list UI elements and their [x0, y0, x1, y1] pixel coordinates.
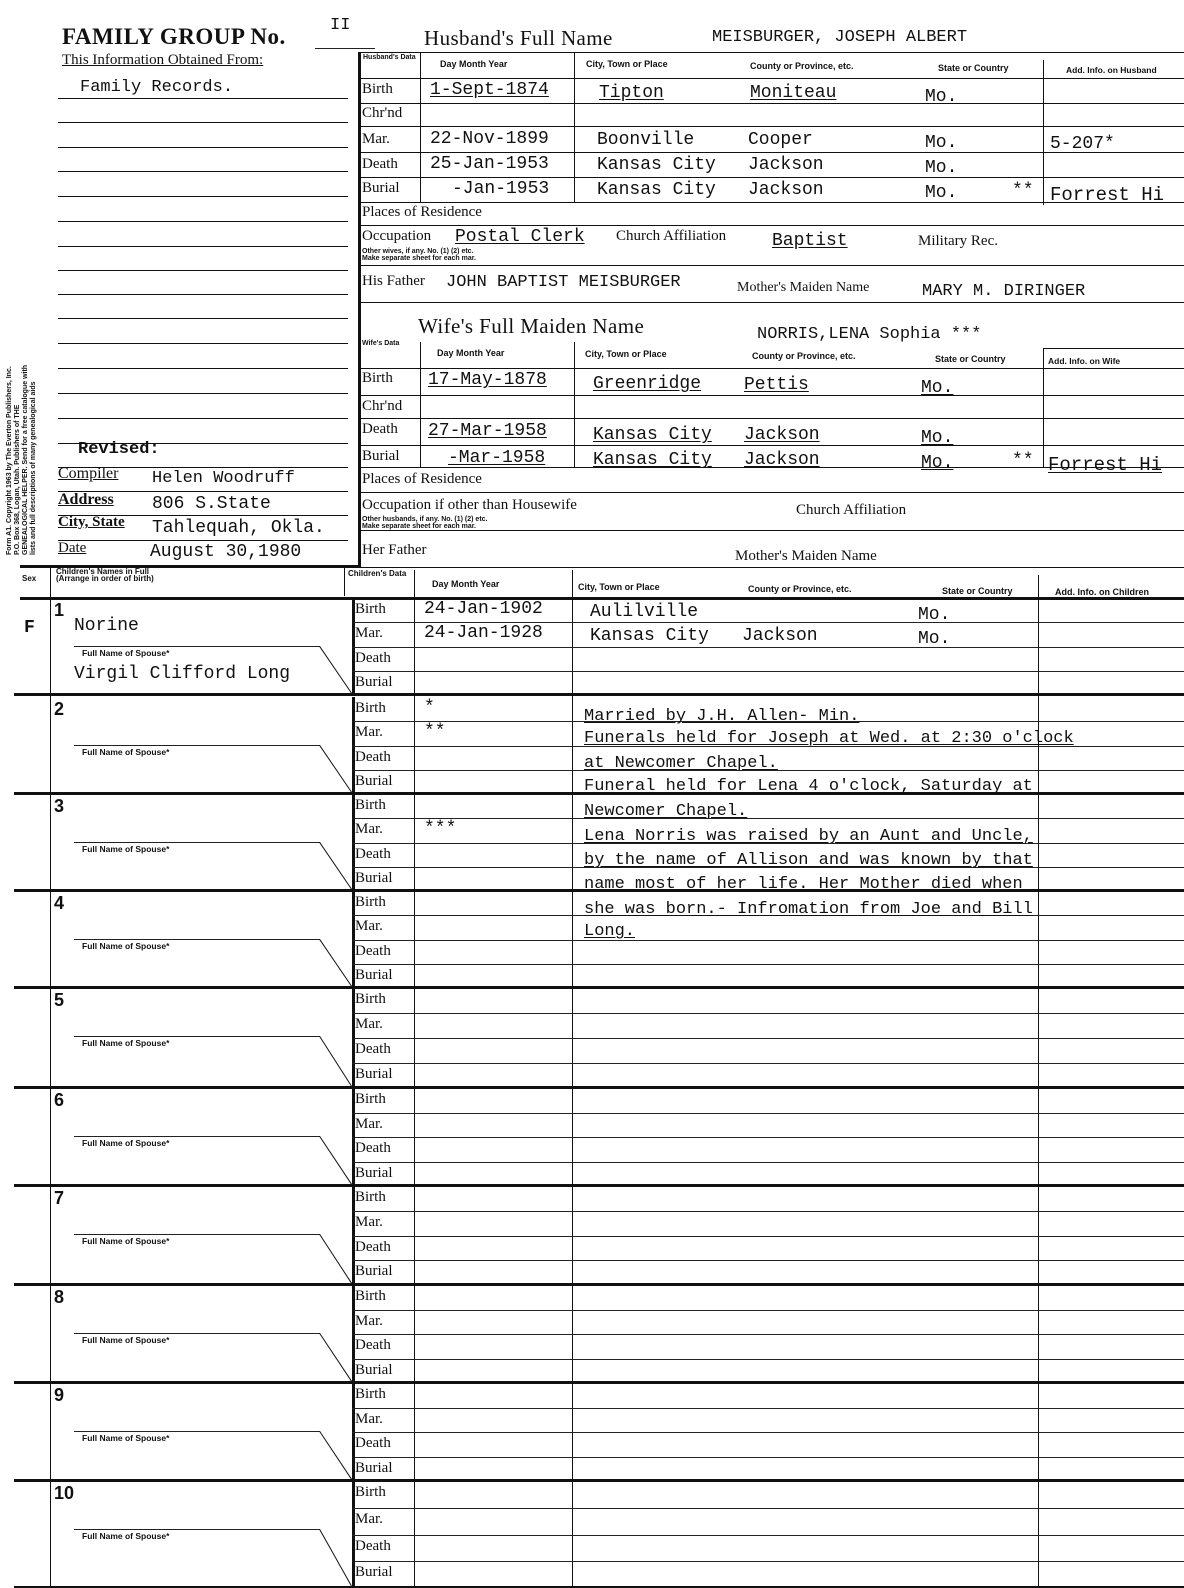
child-event-label: Burial — [355, 1066, 393, 1083]
wife-county-header: County or Province, etc. — [752, 352, 856, 361]
child-event-label: Death — [355, 650, 391, 667]
child-event-label: Mar. — [355, 1411, 383, 1428]
family-group-label: FAMILY GROUP No. — [62, 24, 286, 50]
child-spouse[interactable]: Virgil Clifford Long — [74, 664, 290, 684]
note-line[interactable]: Newcomer Chapel. — [584, 802, 747, 821]
children-names-header: Children's Names in Full(Arrange in orde… — [56, 568, 154, 582]
spouse-label: Full Name of Spouse* — [82, 1335, 169, 1345]
child-event-label: Death — [355, 1538, 391, 1555]
husband-burial-mark: ** — [1012, 181, 1034, 201]
wife-burial-date[interactable]: -Mar-1958 — [448, 448, 545, 468]
child-number: 6 — [54, 1090, 64, 1111]
note-line[interactable]: by the name of Allison and was known by … — [584, 851, 1033, 870]
spouse-label: Full Name of Spouse* — [82, 1138, 169, 1148]
child-event-label: Birth — [355, 894, 386, 911]
spouse-label: Full Name of Spouse* — [82, 1531, 169, 1541]
wife-data-header: Wife's Data — [362, 340, 399, 347]
spouse-label: Full Name of Spouse* — [82, 1236, 169, 1246]
children-state-header: State or Country — [942, 587, 1013, 596]
child-event-label: Mar. — [355, 625, 383, 642]
note-line[interactable]: she was born.- Infromation from Joe and … — [584, 900, 1033, 919]
child-event-label: Birth — [355, 1386, 386, 1403]
city-state-label: City, State — [58, 514, 125, 531]
husband-death-county[interactable]: Jackson — [748, 155, 824, 175]
child-event-state[interactable]: Mo. — [918, 629, 950, 649]
child-name[interactable]: Norine — [74, 616, 139, 636]
wife-birth-date[interactable]: 17-May-1878 — [428, 370, 547, 390]
her-father-label: Her Father — [362, 542, 427, 559]
husband-birth-county[interactable]: Moniteau — [750, 83, 836, 103]
husband-birth-state[interactable]: Mo. — [925, 87, 957, 107]
husband-city-header: City, Town or Place — [586, 60, 668, 69]
child-event-label: Mar. — [355, 1116, 383, 1133]
spouse-label: Full Name of Spouse* — [82, 844, 169, 854]
wife-burial-county[interactable]: Jackson — [744, 450, 820, 470]
wife-full-maiden-name-label: Wife's Full Maiden Name — [418, 314, 644, 339]
child-number: 8 — [54, 1287, 64, 1308]
children-city-header: City, Town or Place — [578, 583, 660, 592]
child-event-label: Birth — [355, 1288, 386, 1305]
child-event-label: Burial — [355, 967, 393, 984]
child-event-label: Burial — [355, 1460, 393, 1477]
other-wives-note: Other wives, if any. No. (1) (2) etc.Mak… — [362, 248, 476, 262]
wife-birth-state[interactable]: Mo. — [921, 378, 953, 398]
child-event-label: Death — [355, 1337, 391, 1354]
child-event-label: Burial — [355, 674, 393, 691]
child-event-label: Mar. — [355, 918, 383, 935]
husband-addinfo-header: Add. Info. on Husband — [1066, 66, 1157, 75]
child-event-city[interactable]: Aulilville — [590, 602, 698, 622]
child-event-label: Burial — [355, 1263, 393, 1280]
husband-church[interactable]: Baptist — [772, 231, 848, 251]
wife-addinfo-header: Add. Info. on Wife — [1048, 357, 1120, 366]
his-father[interactable]: JOHN BAPTIST MEISBURGER — [446, 273, 681, 292]
wife-burial-mark: ** — [1012, 451, 1034, 471]
child-event-date[interactable]: *** — [424, 819, 456, 839]
wife-death-date[interactable]: 27-Mar-1958 — [428, 421, 547, 441]
husband-occupation-label: Occupation — [362, 228, 431, 245]
note-line[interactable]: name most of her life. Her Mother died w… — [584, 875, 1023, 894]
child-sex[interactable]: F — [24, 618, 35, 638]
his-father-label: His Father — [362, 273, 425, 290]
child-event-date[interactable]: 24-Jan-1902 — [424, 599, 543, 619]
note-line[interactable]: Married by J.H. Allen- Min. — [584, 707, 859, 726]
other-husbands-note: Other husbands, if any. No. (1) (2) etc.… — [362, 516, 488, 530]
info-obtained-label: This Information Obtained From: — [62, 52, 263, 69]
note-line[interactable]: Funeral held for Lena 4 o'clock, Saturda… — [584, 777, 1033, 796]
compiler-address[interactable]: 806 S.State — [152, 494, 271, 514]
child-event-label: Birth — [355, 601, 386, 618]
child-number: 2 — [54, 699, 64, 720]
wife-burial-city[interactable]: Kansas City — [593, 450, 712, 470]
children-county-header: County or Province, etc. — [748, 585, 852, 594]
child-event-label: Death — [355, 749, 391, 766]
child-event-label: Death — [355, 1041, 391, 1058]
compiler-name[interactable]: Helen Woodruff — [152, 469, 295, 488]
child-event-label: Burial — [355, 1564, 393, 1581]
info-obtained-value[interactable]: Family Records. — [80, 78, 233, 97]
husband-marriage-addinfo[interactable]: 5-207* — [1050, 134, 1115, 154]
date-label: Date — [58, 540, 86, 557]
husband-burial-date[interactable]: -Jan-1953 — [452, 179, 549, 199]
husband-marriage-county[interactable]: Cooper — [748, 130, 813, 150]
child-event-label: Mar. — [355, 724, 383, 741]
husband-death-date[interactable]: 25-Jan-1953 — [430, 154, 549, 174]
child-number: 10 — [54, 1483, 74, 1504]
child-event-label: Birth — [355, 700, 386, 717]
note-line[interactable]: Lena Norris was raised by an Aunt and Un… — [584, 827, 1033, 846]
husband-birth-city[interactable]: Tipton — [599, 83, 664, 103]
husband-marriage-state[interactable]: Mo. — [925, 133, 957, 153]
note-line[interactable]: Long. — [584, 922, 635, 941]
address-label: Address — [58, 491, 114, 509]
spouse-label: Full Name of Spouse* — [82, 1433, 169, 1443]
child-event-label: Birth — [355, 1484, 386, 1501]
wife-church-label: Church Affiliation — [796, 502, 906, 519]
wife-residence-label: Places of Residence — [362, 471, 482, 488]
wife-death-city[interactable]: Kansas City — [593, 425, 712, 445]
his-mother[interactable]: MARY M. DIRINGER — [922, 282, 1085, 301]
child-event-city[interactable]: Kansas City — [590, 626, 709, 646]
child-event-label: Birth — [355, 797, 386, 814]
wife-burial-addinfo[interactable]: Forrest Hi — [1048, 454, 1162, 476]
wife-state-header: State or Country — [935, 355, 1006, 364]
spouse-label: Full Name of Spouse* — [82, 941, 169, 951]
child-event-label: Death — [355, 846, 391, 863]
husband-state-header: State or Country — [938, 64, 1009, 73]
husband-burial-state[interactable]: Mo. — [925, 183, 957, 203]
revised-label: Revised: — [78, 440, 160, 459]
spouse-label: Full Name of Spouse* — [82, 747, 169, 757]
child-number: 9 — [54, 1385, 64, 1406]
husband-church-label: Church Affiliation — [616, 228, 726, 245]
children-data-header: Children's Data — [348, 570, 406, 577]
child-event-county[interactable]: Jackson — [742, 626, 818, 646]
child-event-label: Death — [355, 1140, 391, 1157]
family-group-no-underline — [315, 48, 375, 49]
husband-full-name-label: Husband's Full Name — [424, 26, 613, 51]
children-date-header: Day Month Year — [432, 580, 499, 589]
child-number: 3 — [54, 796, 64, 817]
child-number: 1 — [54, 600, 64, 621]
child-event-label: Mar. — [355, 1511, 383, 1528]
wife-death-state[interactable]: Mo. — [921, 428, 953, 448]
child-number: 7 — [54, 1188, 64, 1209]
wife-occupation-label: Occupation if other than Housewife — [362, 497, 577, 514]
husband-burial-county[interactable]: Jackson — [748, 180, 824, 200]
spouse-label: Full Name of Spouse* — [82, 1038, 169, 1048]
child-number: 5 — [54, 990, 64, 1011]
husband-birth-date[interactable]: 1-Sept-1874 — [430, 80, 549, 100]
child-event-label: Burial — [355, 870, 393, 887]
note-line[interactable]: at Newcomer Chapel. — [584, 754, 778, 773]
child-event-label: Burial — [355, 773, 393, 790]
wife-burial-state[interactable]: Mo. — [921, 453, 953, 473]
note-line[interactable]: Funerals held for Joseph at Wed. at 2:30… — [584, 729, 1074, 748]
child-event-label: Burial — [355, 1362, 393, 1379]
wife-death-county[interactable]: Jackson — [744, 425, 820, 445]
child-event-label: Death — [355, 1435, 391, 1452]
child-event-date[interactable]: ** — [424, 722, 446, 742]
compiler-city-state[interactable]: Tahlequah, Okla. — [152, 518, 325, 538]
spouse-label: Full Name of Spouse* — [82, 648, 169, 658]
husband-marriage-date[interactable]: 22-Nov-1899 — [430, 129, 549, 149]
husband-occupation[interactable]: Postal Clerk — [455, 227, 585, 247]
child-number: 4 — [54, 893, 64, 914]
wife-birth-city[interactable]: Greenridge — [593, 374, 701, 394]
wife-full-maiden-name[interactable]: NORRIS,LENA Sophia *** — [757, 325, 981, 344]
child-event-label: Birth — [355, 991, 386, 1008]
child-event-label: Death — [355, 1239, 391, 1256]
child-event-label: Burial — [355, 1165, 393, 1182]
husband-data-header: Husband's Data — [363, 54, 416, 61]
compiler-date[interactable]: August 30,1980 — [150, 542, 301, 562]
husband-death-state[interactable]: Mo. — [925, 158, 957, 178]
wife-date-header: Day Month Year — [437, 349, 504, 358]
husband-burial-city[interactable]: Kansas City — [597, 180, 716, 200]
sex-header: Sex — [22, 575, 36, 582]
child-event-date[interactable]: * — [424, 698, 435, 718]
child-event-label: Death — [355, 943, 391, 960]
his-mother-label: Mother's Maiden Name — [737, 280, 869, 296]
child-event-state[interactable]: Mo. — [918, 605, 950, 625]
husband-death-city[interactable]: Kansas City — [597, 155, 716, 175]
husband-full-name[interactable]: MEISBURGER, JOSEPH ALBERT — [712, 28, 967, 47]
child-event-label: Birth — [355, 1091, 386, 1108]
husband-date-header: Day Month Year — [440, 60, 507, 69]
husband-marriage-city[interactable]: Boonville — [597, 130, 694, 150]
husband-county-header: County or Province, etc. — [750, 62, 854, 71]
family-group-number[interactable]: II — [330, 16, 350, 35]
husband-military-label: Military Rec. — [918, 233, 998, 250]
child-event-label: Mar. — [355, 1016, 383, 1033]
husband-residence-label: Places of Residence — [362, 204, 482, 221]
wife-birth-county[interactable]: Pettis — [744, 375, 809, 395]
children-addinfo-header: Add. Info. on Children — [1055, 588, 1149, 597]
husband-burial-addinfo[interactable]: Forrest Hi — [1050, 184, 1164, 206]
child-event-date[interactable]: 24-Jan-1928 — [424, 623, 543, 643]
child-event-label: Mar. — [355, 821, 383, 838]
child-event-label: Mar. — [355, 1214, 383, 1231]
child-event-label: Birth — [355, 1189, 386, 1206]
her-mother-label: Mother's Maiden Name — [735, 548, 877, 565]
compiler-label: Compiler — [58, 465, 118, 483]
child-event-label: Mar. — [355, 1313, 383, 1330]
wife-city-header: City, Town or Place — [585, 350, 667, 359]
